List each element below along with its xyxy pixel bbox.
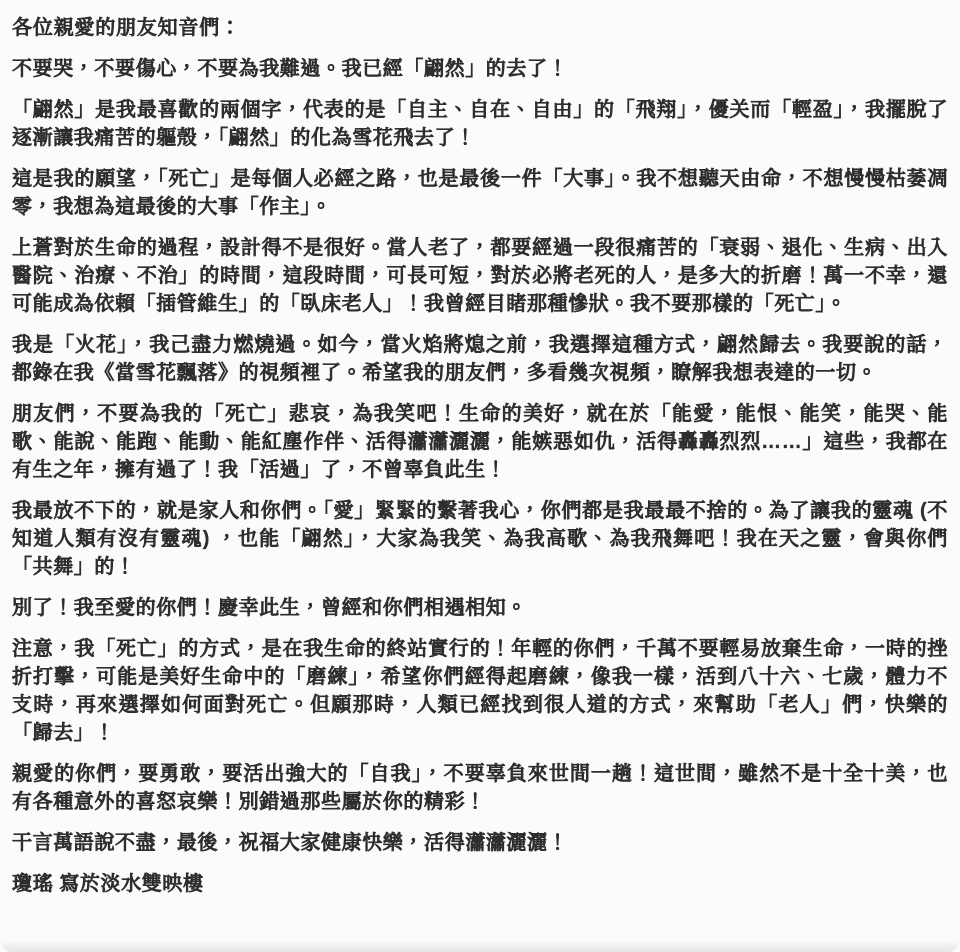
letter-signature: 瓊瑤 寫於淡水雙映樓 <box>12 870 948 898</box>
letter-paragraph-2: 「翩然」是我最喜歡的兩個字，代表的是「自主、自在、自由」的「飛翔」，優关而「輕盈… <box>12 96 948 152</box>
letter-salutation: 各位親愛的朋友知音們： <box>12 14 948 42</box>
letter-paragraph-7: 我最放不下的，就是家人和你們。「愛」緊緊的繫著我心，你們都是我最最不捨的。為了讓… <box>12 497 948 581</box>
letter-paragraph-3: 這是我的願望，「死亡」是每個人必經之路，也是最後一件「大事」。我不想聽天由命，不… <box>12 165 948 221</box>
letter-paragraph-4: 上蒼對於生命的過程，設計得不是很好。當人老了，都要經過一段很痛苦的「衰弱、退化、… <box>12 234 948 318</box>
letter-paragraph-1: 不要哭，不要傷心，不要為我難過。我已經「翩然」的去了！ <box>12 55 948 83</box>
letter-paragraph-5: 我是「火花」，我己盡力燃燒過。如今，當火焰將熄之前，我選擇這種方式，翩然歸去。我… <box>12 331 948 387</box>
letter-paragraph-6: 朋友們，不要為我的「死亡」悲哀，為我笑吧！生命的美好，就在於「能愛，能恨、能笑，… <box>12 400 948 484</box>
letter-paragraph-9: 注意，我「死亡」的方式，是在我生命的終站實行的！年輕的你們，千萬不要輕易放棄生命… <box>12 635 948 747</box>
letter-paragraph-11: 干言萬語說不盡，最後，祝福大家健康快樂，活得瀟瀟灑灑！ <box>12 829 948 857</box>
letter-paragraph-10: 親愛的你們，要勇敢，要活出強大的「自我」，不要辜負來世間一趟！這世間，雖然不是十… <box>12 760 948 816</box>
letter-paragraph-8: 別了！我至愛的你們！慶幸此生，曾經和你們相遇相知。 <box>12 594 948 622</box>
farewell-letter-document: 各位親愛的朋友知音們： 不要哭，不要傷心，不要為我難過。我已經「翩然」的去了！ … <box>0 0 960 952</box>
page-bottom-shadow <box>0 940 960 952</box>
